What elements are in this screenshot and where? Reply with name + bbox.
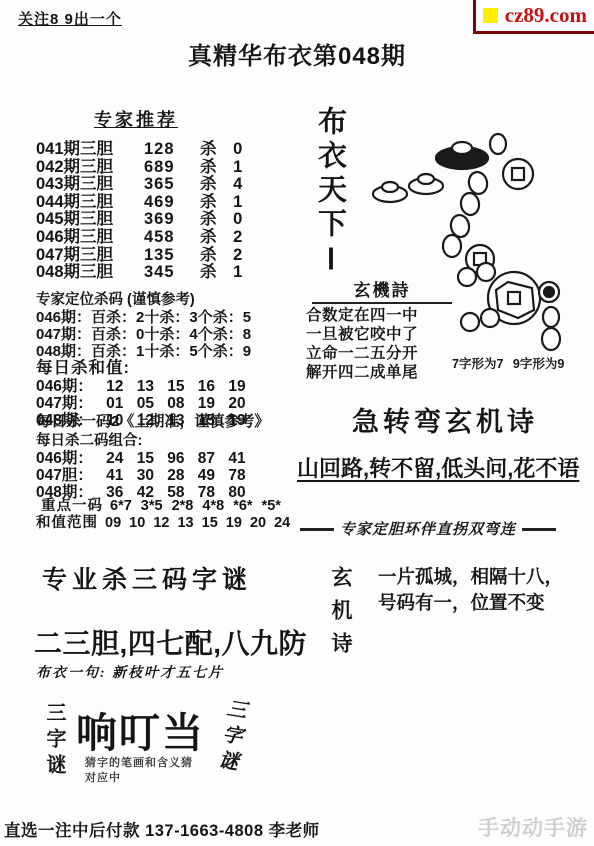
table-row: 045期三胆369杀 0 bbox=[36, 211, 271, 229]
sum-range-value: 09 10 12 13 15 19 20 24 bbox=[105, 515, 290, 531]
riddle-buyi-sentence: 布衣一句: 新枝叶才五七片 bbox=[36, 662, 224, 682]
coin-icon bbox=[458, 268, 476, 286]
xuanji-poem-line: 合数定在四一中 bbox=[306, 306, 458, 325]
sum-range-label: 和值范围 bbox=[36, 515, 98, 531]
coin-icon bbox=[477, 263, 495, 281]
divider-dash bbox=[300, 527, 334, 531]
daily-two-code-row: 046期： 24 15 96 87 41 bbox=[36, 450, 246, 467]
table-row: 048期三胆345杀 1 bbox=[36, 264, 271, 282]
coin-icon bbox=[539, 282, 559, 302]
coin-icon bbox=[543, 307, 559, 327]
kill-position-section: 专家定位杀码 (谨慎参考) 046期：百杀：2十杀：3个杀：5 047期：百杀：… bbox=[36, 288, 251, 360]
xuanji-2-lines: 一片孤城，相隔十八， 号码有一，位置不变 bbox=[378, 564, 563, 616]
coin-icon bbox=[542, 328, 560, 350]
xuanji-poem-line: 立命一二五分开 bbox=[306, 344, 458, 363]
three-word-label-left: 三字谜 bbox=[40, 702, 69, 780]
xuanji-2-vertical-label: 玄机诗 bbox=[326, 566, 356, 665]
ingot-icon bbox=[373, 182, 407, 202]
sharp-turn-subtitle: 专家定胆环伴直拐双弯连 bbox=[300, 518, 590, 539]
ingot-coin-seven-drawing bbox=[352, 128, 544, 278]
table-row: 046期三胆458杀 2 bbox=[36, 229, 271, 247]
divider-dash bbox=[522, 527, 556, 531]
ingot-icon bbox=[436, 142, 488, 169]
daily-two-code-row: 047胆： 41 30 28 49 78 bbox=[36, 467, 246, 484]
watermark-text: 手动动手游 bbox=[478, 812, 588, 842]
xuanji-poem-title: 玄機詩 bbox=[312, 276, 452, 304]
expert-rows: 041期三胆128杀 0 042期三胆689杀 1 043期三胆365杀 4 0… bbox=[36, 141, 271, 282]
xuanji-poem-line: 一旦被它咬中了 bbox=[306, 325, 458, 344]
three-word-answer: 响叮当 bbox=[76, 700, 205, 759]
daily-two-code-title: 每日杀二码组合: bbox=[36, 429, 246, 450]
coin-icon bbox=[490, 134, 506, 154]
daily-kill-sum-row: 046期： 12 13 15 16 19 bbox=[36, 378, 246, 395]
xuanji-poem-line: 解开四二成单尾 bbox=[306, 363, 458, 382]
xuanji-poem-2-section: 玄机诗 一片孤城，相隔十八， 号码有一，位置不变 bbox=[326, 556, 586, 686]
yellow-square-icon bbox=[483, 8, 498, 23]
coin-icon bbox=[443, 235, 461, 257]
xuanji-2-line: 一片孤城，相隔十八， bbox=[378, 564, 563, 590]
sum-range-line: 和值范围09 10 12 13 15 19 20 24 bbox=[36, 511, 290, 532]
coin-icon bbox=[461, 313, 479, 331]
daily-kill-sum-title: 每日杀和值: bbox=[36, 354, 246, 378]
focus-note: 关注8 9出一个 bbox=[18, 8, 122, 29]
riddle-title: 专业杀三码字谜 bbox=[42, 560, 252, 596]
xuanji-poem-section: 玄機詩 合数定在四一中 一旦被它咬中了 立命一二五分开 解开四二成单尾 bbox=[306, 276, 458, 382]
ingot-icon bbox=[409, 174, 443, 194]
riddle-line: 二三胆,四七配,八九防 bbox=[34, 622, 307, 662]
site-badge-text: cz89.com bbox=[505, 3, 587, 28]
daily-two-code-section: 每日杀二码组合: 046期： 24 15 96 87 41 047胆： 41 3… bbox=[36, 429, 246, 502]
three-word-label-right: 三字谜 bbox=[210, 696, 251, 778]
table-row: 047期三胆135杀 2 bbox=[36, 247, 271, 265]
sharp-turn-title: 急转弯玄机诗 bbox=[300, 400, 590, 439]
table-row: 043期三胆365杀 4 bbox=[36, 176, 271, 194]
kill-position-title: 专家定位杀码 (谨慎参考) bbox=[36, 288, 251, 309]
expert-section-title: 专家推荐 bbox=[94, 106, 178, 132]
coin-cluster-drawing bbox=[450, 260, 568, 355]
coin-icon bbox=[481, 309, 499, 327]
buyi-tianxia-vertical-title: 布衣天下Ⅰ bbox=[310, 106, 351, 281]
daily-kill-one-line: 每日杀一码2《上期准，谨慎参考》 bbox=[36, 410, 269, 431]
table-row: 042期三胆689杀 1 bbox=[36, 159, 271, 177]
three-word-note: 猜字的笔画和含义猜 对应中 bbox=[85, 756, 193, 786]
table-row: 041期三胆128杀 0 bbox=[36, 141, 271, 159]
coin-icon bbox=[467, 170, 489, 195]
xuanji-2-line: 号码有一，位置不变 bbox=[378, 590, 563, 616]
coin-icon bbox=[460, 192, 481, 216]
site-badge[interactable]: cz89.com bbox=[473, 0, 594, 34]
three-word-riddle-block: 三字谜 响叮当 猜字的笔画和含义猜 对应中 三字谜 bbox=[28, 694, 263, 812]
table-row: 044期三胆469杀 1 bbox=[36, 194, 271, 212]
kill-position-row: 047期：百杀：0十杀：4个杀：8 bbox=[36, 326, 251, 343]
coin-icon bbox=[503, 159, 533, 189]
expert-recommendation-section: 专家推荐 041期三胆128杀 0 042期三胆689杀 1 043期三胆365… bbox=[36, 106, 271, 282]
sharp-turn-line: 山回路,转不留,低头问,花不语 bbox=[297, 452, 593, 483]
footer-contact-line: 直选一注中后付款 137-1663-4808 李老师 bbox=[4, 817, 320, 841]
coin-shape-caption: 7字形为7 9字形为9 bbox=[452, 354, 594, 372]
page-title: 真精华布衣第048期 bbox=[0, 36, 594, 71]
kill-position-row: 046期：百杀：2十杀：3个杀：5 bbox=[36, 309, 251, 326]
